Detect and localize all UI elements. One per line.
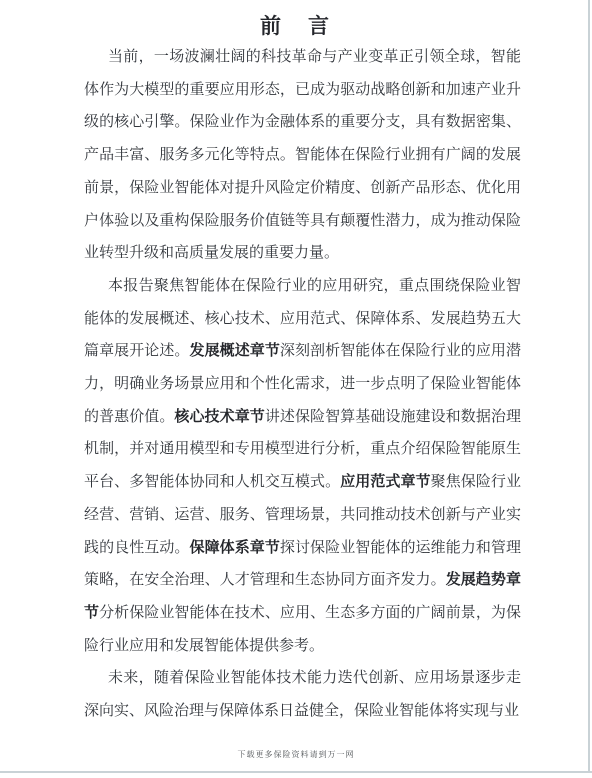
- document-page: 前 言 当前，一场波澜壮阔的科技革命与产业变革正引领全球，智能体作为大模型的重要…: [0, 0, 592, 778]
- paragraph: 未来，随着保险业智能体技术能力迭代创新、应用场景逐步走深向实、风险治理与保障体系…: [84, 662, 521, 727]
- paragraph: 本报告聚焦智能体在保险行业的应用研究，重点围绕保险业智能体的发展概述、核心技术、…: [84, 270, 521, 662]
- bold-text-run: 发展概述章节: [190, 343, 280, 359]
- bold-text-run: 应用范式章节: [340, 474, 430, 490]
- text-run: 分析保险业智能体在技术、应用、生态多方面的广阔前景，为保险行业应用和发展智能体提…: [84, 605, 521, 654]
- bold-text-run: 核心技术章节: [174, 409, 264, 425]
- text-run: 未来，随着保险业智能体技术能力迭代创新、应用场景逐步走深向实、风险治理与保障体系…: [84, 670, 521, 719]
- bold-text-run: 保障体系章节: [190, 540, 280, 556]
- footer-watermark: 下载更多保险资料请到万一网: [0, 749, 592, 760]
- page-edge-right: [588, 0, 590, 772]
- document-body: 当前，一场波澜壮阔的科技革命与产业变革正引领全球，智能体作为大模型的重要应用形态…: [0, 41, 592, 728]
- text-run: 当前，一场波澜壮阔的科技革命与产业变革正引领全球，智能体作为大模型的重要应用形态…: [84, 49, 521, 261]
- page-title: 前 言: [0, 13, 592, 39]
- page-edge-bottom: [0, 771, 592, 773]
- paragraph: 当前，一场波澜壮阔的科技革命与产业变革正引领全球，智能体作为大模型的重要应用形态…: [84, 41, 521, 270]
